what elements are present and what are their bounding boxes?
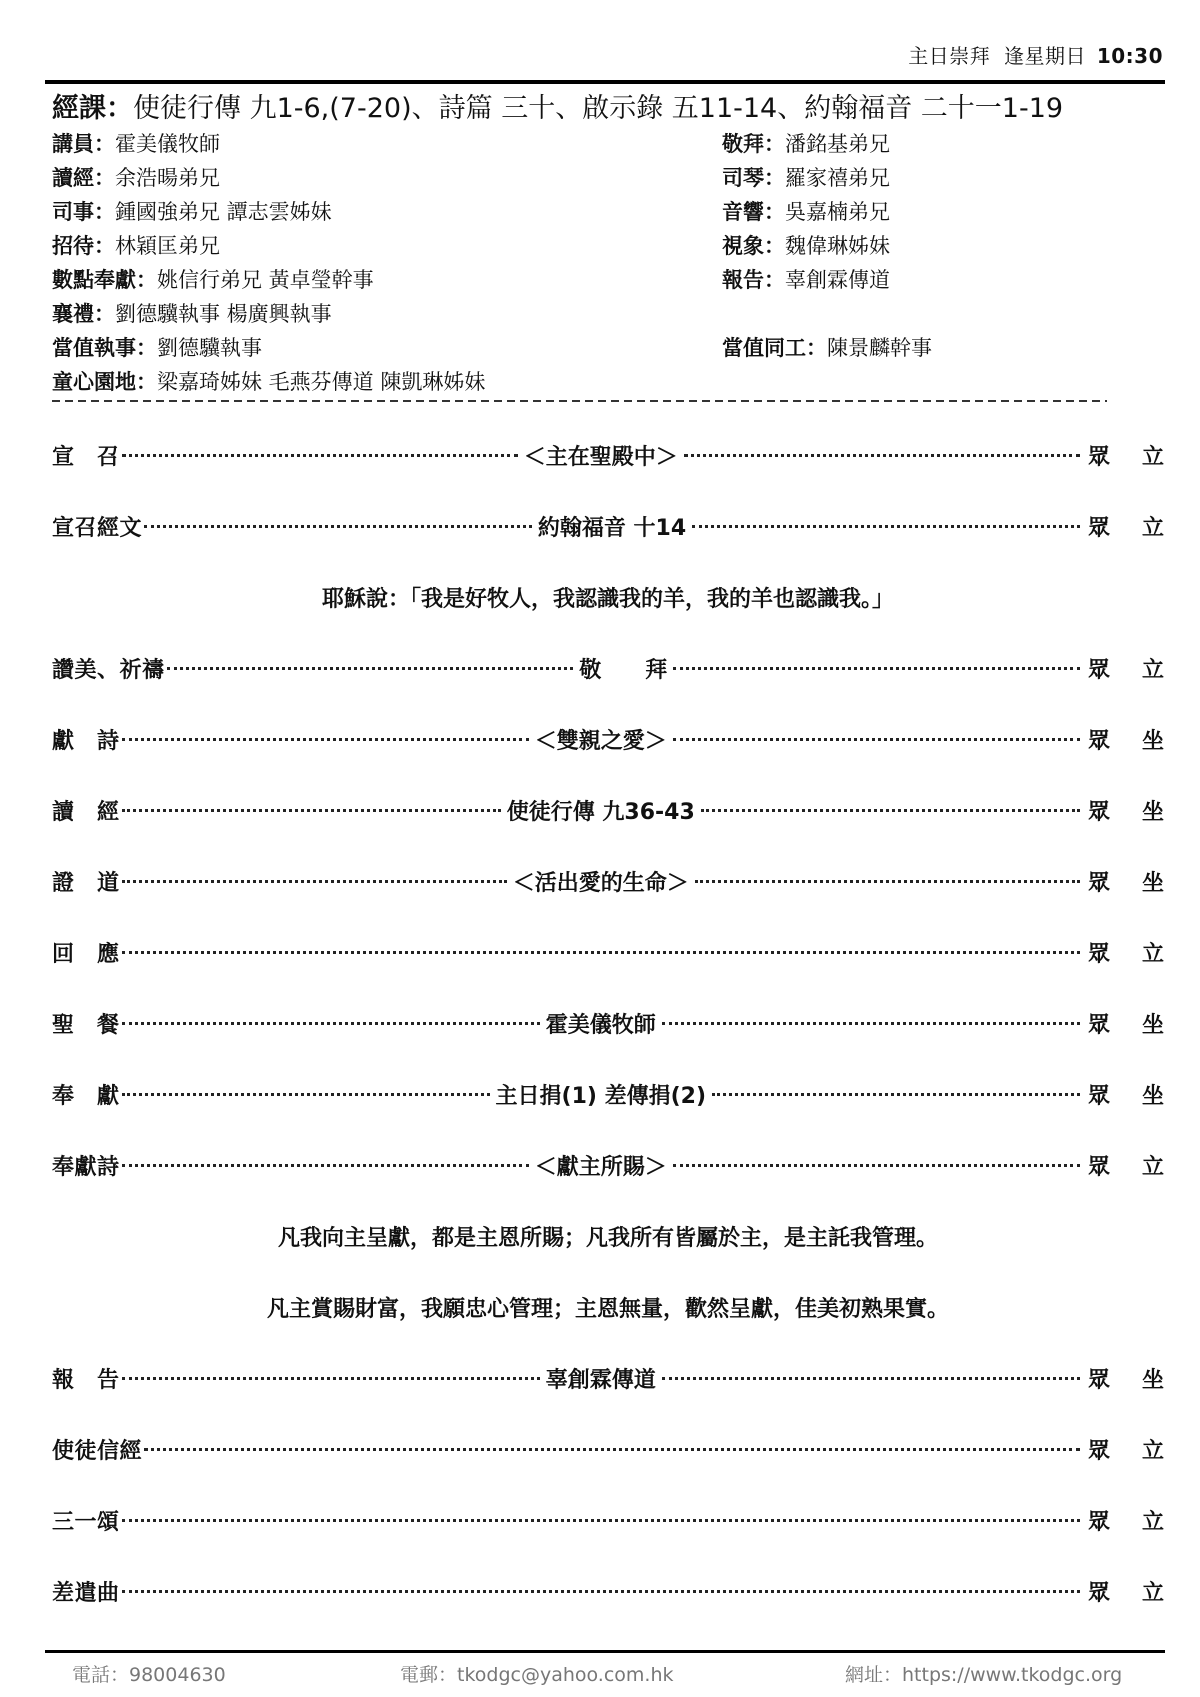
staff-row: 司事：鍾國強弟兄 譚志雲姊妹音響：吳嘉楠弟兄 xyxy=(52,195,1162,229)
posture-label: 立 xyxy=(1142,1576,1164,1607)
dot-leader xyxy=(712,1079,1080,1096)
staff-person: 余浩暘弟兄 xyxy=(115,166,220,190)
item-detail: 主日捐(1) 差傳捐(2) xyxy=(492,1079,711,1110)
item-name: 宣 召 xyxy=(52,440,120,471)
dot-leader xyxy=(662,1008,1080,1025)
dot-leader xyxy=(122,1008,540,1025)
staff-person: 陳景麟幹事 xyxy=(827,336,932,360)
item-name: 獻 詩 xyxy=(52,724,120,755)
staff-entry-left: 讀經：余浩暘弟兄 xyxy=(52,161,220,195)
dot-leader xyxy=(122,866,507,883)
staff-entry-left: 司事：鍾國強弟兄 譚志雲姊妹 xyxy=(52,195,332,229)
staff-row: 招待：林穎匡弟兄視象：魏偉琳姊妹 xyxy=(52,229,1162,263)
staff-role: 讀經： xyxy=(52,166,115,190)
dot-leader xyxy=(684,440,1080,457)
dot-leader xyxy=(122,1505,1080,1522)
service-item: 奉獻詩＜獻主所賜＞眾立 xyxy=(52,1150,1164,1221)
posture-label: 坐 xyxy=(1142,1363,1164,1394)
staff-person: 劉德驥執事 楊廣興執事 xyxy=(115,302,332,326)
congregation-label: 眾 xyxy=(1088,440,1110,471)
congregation-posture: 眾坐 xyxy=(1082,724,1164,755)
service-schedule: 逢星期日 xyxy=(1004,44,1086,68)
footer-email[interactable]: 電郵：tkodgc@yahoo.com.hk xyxy=(400,1660,674,1687)
posture-label: 立 xyxy=(1142,511,1164,542)
service-item: 讚美、祈禱敬 拜眾立 xyxy=(52,653,1164,724)
staff-role: 音響： xyxy=(722,200,785,224)
dot-leader xyxy=(122,1079,490,1096)
staff-person: 劉德驥執事 xyxy=(157,336,262,360)
staff-entry-right: 報告：辜創霖傳道 xyxy=(722,263,890,297)
dot-leader xyxy=(695,866,1080,883)
item-detail: 辜創霖傳道 xyxy=(542,1363,660,1394)
congregation-label: 眾 xyxy=(1088,724,1110,755)
item-detail: 約翰福音 十14 xyxy=(534,511,690,542)
dot-leader xyxy=(122,724,529,741)
staff-role: 數點奉獻： xyxy=(52,268,157,292)
dot-leader xyxy=(701,795,1080,812)
staff-row: 講員：霍美儀牧師敬拜：潘銘基弟兄 xyxy=(52,127,1162,161)
item-name: 讚美、祈禱 xyxy=(52,653,165,684)
congregation-label: 眾 xyxy=(1088,1150,1110,1181)
dot-leader xyxy=(122,440,518,457)
dot-leader xyxy=(144,511,532,528)
congregation-posture: 眾立 xyxy=(1082,1505,1164,1536)
congregation-posture: 眾立 xyxy=(1082,653,1164,684)
congregation-label: 眾 xyxy=(1088,1576,1110,1607)
service-item: 宣召經文約翰福音 十14眾立 xyxy=(52,511,1164,582)
staff-entry-left: 襄禮：劉德驥執事 楊廣興執事 xyxy=(52,297,332,331)
posture-label: 坐 xyxy=(1142,724,1164,755)
footer-website[interactable]: 網址：https://www.tkodgc.org xyxy=(845,1660,1122,1687)
congregation-label: 眾 xyxy=(1088,511,1110,542)
service-item: 證 道＜活出愛的生命＞眾坐 xyxy=(52,866,1164,937)
item-name: 報 告 xyxy=(52,1363,120,1394)
service-item: 差遣曲眾立 xyxy=(52,1576,1164,1647)
dot-leader xyxy=(662,1363,1080,1380)
staff-role: 童心園地： xyxy=(52,370,157,394)
dot-leader xyxy=(122,937,1080,954)
dot-leader xyxy=(673,653,1080,670)
staff-person: 魏偉琳姊妹 xyxy=(785,234,890,258)
congregation-posture: 眾立 xyxy=(1082,511,1164,542)
service-item: 宣 召＜主在聖殿中＞眾立 xyxy=(52,440,1164,511)
item-name: 奉 獻 xyxy=(52,1079,120,1110)
staff-person: 霍美儀牧師 xyxy=(115,132,220,156)
congregation-posture: 眾立 xyxy=(1082,1434,1164,1465)
congregation-label: 眾 xyxy=(1088,653,1110,684)
service-time: 10:30 xyxy=(1097,44,1163,68)
item-detail: ＜主在聖殿中＞ xyxy=(520,440,682,471)
item-detail: ＜獻主所賜＞ xyxy=(531,1150,671,1181)
posture-label: 立 xyxy=(1142,653,1164,684)
staff-role: 當值執事： xyxy=(52,336,157,360)
item-detail: ＜雙親之愛＞ xyxy=(531,724,671,755)
service-item: 使徒信經眾立 xyxy=(52,1434,1164,1505)
item-detail: 霍美儀牧師 xyxy=(542,1008,660,1039)
item-detail: ＜活出愛的生命＞ xyxy=(509,866,693,897)
staff-entry-right: 敬拜：潘銘基弟兄 xyxy=(722,127,890,161)
dot-leader xyxy=(122,795,501,812)
service-item: 聖 餐霍美儀牧師眾坐 xyxy=(52,1008,1164,1079)
staff-entry-left: 童心園地：梁嘉琦姊妹 毛燕芬傳道 陳凱琳姊妹 xyxy=(52,365,485,399)
item-name: 使徒信經 xyxy=(52,1434,142,1465)
dot-leader xyxy=(122,1576,1080,1593)
staff-entry-right: 音響：吳嘉楠弟兄 xyxy=(722,195,890,229)
order-of-service: 宣 召＜主在聖殿中＞眾立宣召經文約翰福音 十14眾立耶穌說：「我是好牧人，我認識… xyxy=(52,440,1164,1647)
service-header: 主日崇拜 逢星期日 10:30 xyxy=(0,40,1163,69)
staff-person: 林穎匡弟兄 xyxy=(115,234,220,258)
staff-role: 敬拜： xyxy=(722,132,785,156)
item-name: 證 道 xyxy=(52,866,120,897)
staff-entry-right: 視象：魏偉琳姊妹 xyxy=(722,229,890,263)
staff-row: 童心園地：梁嘉琦姊妹 毛燕芬傳道 陳凱琳姊妹 xyxy=(52,365,1162,399)
congregation-label: 眾 xyxy=(1088,937,1110,968)
dot-leader xyxy=(122,1363,540,1380)
congregation-label: 眾 xyxy=(1088,1505,1110,1536)
dot-leader xyxy=(673,1150,1080,1167)
item-name: 聖 餐 xyxy=(52,1008,120,1039)
scripture-quote: 凡主賞賜財富，我願忠心管理；主恩無量，歡然呈獻，佳美初熟果實。 xyxy=(52,1292,1164,1363)
staff-role: 司事： xyxy=(52,200,115,224)
item-name: 三一頌 xyxy=(52,1505,120,1536)
staff-row: 數點奉獻：姚信行弟兄 黃卓瑩幹事報告：辜創霖傳道 xyxy=(52,263,1162,297)
service-item: 獻 詩＜雙親之愛＞眾坐 xyxy=(52,724,1164,795)
dashed-divider xyxy=(52,400,1107,402)
staff-person: 潘銘基弟兄 xyxy=(785,132,890,156)
staff-person: 梁嘉琦姊妹 毛燕芬傳道 陳凱琳姊妹 xyxy=(157,370,485,394)
posture-label: 坐 xyxy=(1142,866,1164,897)
lessons-text: 使徒行傳 九1-6,(7-20)、詩篇 三十、啟示錄 五11-14、約翰福音 二… xyxy=(133,93,1063,124)
item-name: 回 應 xyxy=(52,937,120,968)
posture-label: 立 xyxy=(1142,1505,1164,1536)
staff-entry-left: 當值執事：劉德驥執事 xyxy=(52,331,262,365)
staff-row: 讀經：余浩暘弟兄司琴：羅家禧弟兄 xyxy=(52,161,1162,195)
posture-label: 立 xyxy=(1142,440,1164,471)
staff-role: 招待： xyxy=(52,234,115,258)
item-name: 奉獻詩 xyxy=(52,1150,120,1181)
service-name: 主日崇拜 xyxy=(908,44,990,68)
staff-entry-right: 司琴：羅家禧弟兄 xyxy=(722,161,890,195)
service-item: 報 告辜創霖傳道眾坐 xyxy=(52,1363,1164,1434)
service-item: 三一頌眾立 xyxy=(52,1505,1164,1576)
staff-role: 視象： xyxy=(722,234,785,258)
congregation-posture: 眾坐 xyxy=(1082,795,1164,826)
staff-entry-left: 講員：霍美儀牧師 xyxy=(52,127,220,161)
staff-role: 司琴： xyxy=(722,166,785,190)
congregation-posture: 眾立 xyxy=(1082,1150,1164,1181)
staff-role: 襄禮： xyxy=(52,302,115,326)
staff-person: 辜創霖傳道 xyxy=(785,268,890,292)
congregation-label: 眾 xyxy=(1088,866,1110,897)
lessons-label: 經課： xyxy=(52,93,133,124)
item-detail: 敬 拜 xyxy=(575,653,671,684)
service-item: 讀 經使徒行傳 九36-43眾坐 xyxy=(52,795,1164,866)
item-name: 讀 經 xyxy=(52,795,120,826)
dot-leader xyxy=(122,1150,529,1167)
staff-entry-right: 當值同工：陳景麟幹事 xyxy=(722,331,932,365)
staff-person: 姚信行弟兄 黃卓瑩幹事 xyxy=(157,268,374,292)
congregation-label: 眾 xyxy=(1088,1434,1110,1465)
service-item: 回 應眾立 xyxy=(52,937,1164,1008)
posture-label: 立 xyxy=(1142,937,1164,968)
dot-leader xyxy=(167,653,574,670)
staff-role: 當值同工： xyxy=(722,336,827,360)
staff-row: 襄禮：劉德驥執事 楊廣興執事 xyxy=(52,297,1162,331)
staff-person: 吳嘉楠弟兄 xyxy=(785,200,890,224)
item-name: 宣召經文 xyxy=(52,511,142,542)
staff-entry-left: 數點奉獻：姚信行弟兄 黃卓瑩幹事 xyxy=(52,263,374,297)
congregation-posture: 眾坐 xyxy=(1082,866,1164,897)
footer-rule xyxy=(45,1650,1165,1653)
lessons-line: 經課：使徒行傳 九1-6,(7-20)、詩篇 三十、啟示錄 五11-14、約翰福… xyxy=(52,86,1063,125)
congregation-posture: 眾坐 xyxy=(1082,1008,1164,1039)
dot-leader xyxy=(144,1434,1080,1451)
staff-person: 鍾國強弟兄 譚志雲姊妹 xyxy=(115,200,332,224)
congregation-posture: 眾立 xyxy=(1082,937,1164,968)
service-item: 奉 獻主日捐(1) 差傳捐(2)眾坐 xyxy=(52,1079,1164,1150)
staff-role: 講員： xyxy=(52,132,115,156)
congregation-posture: 眾立 xyxy=(1082,440,1164,471)
congregation-label: 眾 xyxy=(1088,1363,1110,1394)
congregation-label: 眾 xyxy=(1088,1079,1110,1110)
posture-label: 坐 xyxy=(1142,1008,1164,1039)
posture-label: 坐 xyxy=(1142,1079,1164,1110)
posture-label: 坐 xyxy=(1142,795,1164,826)
congregation-label: 眾 xyxy=(1088,1008,1110,1039)
scripture-quote: 耶穌說：「我是好牧人，我認識我的羊，我的羊也認識我。」 xyxy=(52,582,1164,653)
posture-label: 立 xyxy=(1142,1150,1164,1181)
footer-phone: 電話：98004630 xyxy=(72,1660,226,1687)
congregation-label: 眾 xyxy=(1088,795,1110,826)
dot-leader xyxy=(692,511,1080,528)
scripture-quote: 凡我向主呈獻，都是主恩所賜；凡我所有皆屬於主，是主託我管理。 xyxy=(52,1221,1164,1292)
dot-leader xyxy=(673,724,1080,741)
staff-entry-left: 招待：林穎匡弟兄 xyxy=(52,229,220,263)
item-name: 差遣曲 xyxy=(52,1576,120,1607)
congregation-posture: 眾立 xyxy=(1082,1576,1164,1607)
staff-role: 報告： xyxy=(722,268,785,292)
congregation-posture: 眾坐 xyxy=(1082,1079,1164,1110)
posture-label: 立 xyxy=(1142,1434,1164,1465)
congregation-posture: 眾坐 xyxy=(1082,1363,1164,1394)
item-detail: 使徒行傳 九36-43 xyxy=(503,795,699,826)
staff-person: 羅家禧弟兄 xyxy=(785,166,890,190)
staff-row: 當值執事：劉德驥執事當值同工：陳景麟幹事 xyxy=(52,331,1162,365)
header-rule xyxy=(45,80,1165,84)
staff-roster: 講員：霍美儀牧師敬拜：潘銘基弟兄讀經：余浩暘弟兄司琴：羅家禧弟兄司事：鍾國強弟兄… xyxy=(52,127,1162,399)
